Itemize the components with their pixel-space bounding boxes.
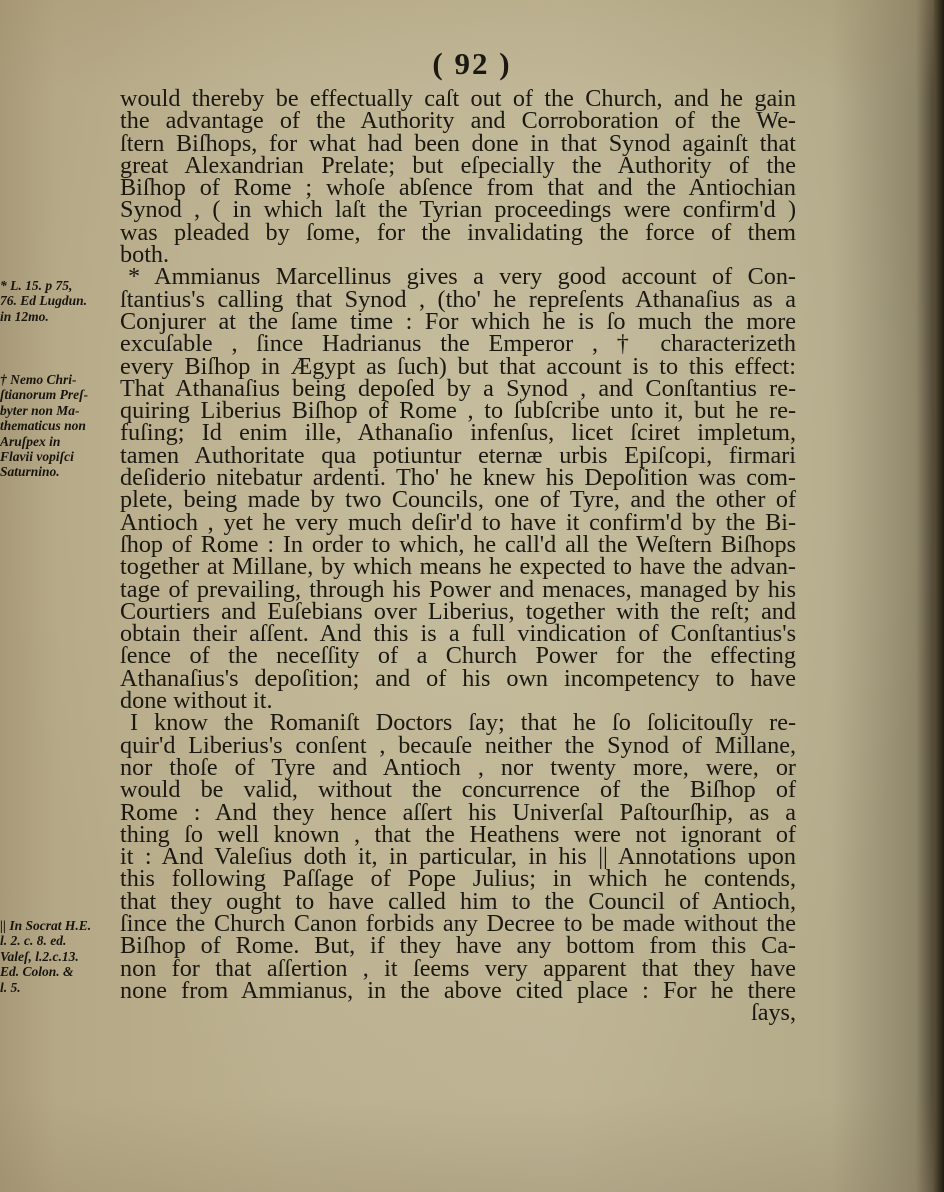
margin-note-line: byter non Ma- <box>0 403 122 418</box>
margin-note-star: * L. 15. p 75, 76. Ed Lugdun. in 12mo. <box>0 278 122 324</box>
margin-note-line: || In Socrat H.E. <box>0 918 122 933</box>
margin-note-parallel: || In Socrat H.E. l. 2. c. 8. ed. Valeſ,… <box>0 918 122 995</box>
margin-note-dagger: † Nemo Chri- ſtianorum Preſ- byter non M… <box>0 372 122 480</box>
margin-note-line: Aruſpex in <box>0 434 122 449</box>
margin-note-line: † Nemo Chri- <box>0 372 122 387</box>
body-text: would thereby be effectually caſt out of… <box>120 88 796 1024</box>
text-line: was pleaded by ſome, for the invalidatin… <box>120 222 796 244</box>
book-page: ( 92 ) would thereby be effectually caſt… <box>0 0 944 1192</box>
margin-note-line: ſtianorum Preſ- <box>0 387 122 402</box>
margin-note-line: 76. Ed Lugdun. <box>0 293 122 308</box>
margin-note-line: Saturnino. <box>0 464 122 479</box>
margin-note-line: in 12mo. <box>0 309 122 324</box>
margin-note-line: l. 5. <box>0 980 122 995</box>
margin-note-line: * L. 15. p 75, <box>0 278 122 293</box>
text-line: none from Ammianus, in the above cited p… <box>120 980 796 1002</box>
page-edge-shadow <box>934 0 944 1192</box>
page-number: ( 92 ) <box>0 46 944 82</box>
margin-note-line: thematicus non <box>0 418 122 433</box>
margin-note-line: Ed. Colon. & <box>0 964 122 979</box>
margin-note-line: Valeſ, l.2.c.13. <box>0 949 122 964</box>
margin-note-line: Flavii vopiſci <box>0 449 122 464</box>
margin-note-line: l. 2. c. 8. ed. <box>0 933 122 948</box>
catchword: ſays, <box>120 1002 796 1024</box>
